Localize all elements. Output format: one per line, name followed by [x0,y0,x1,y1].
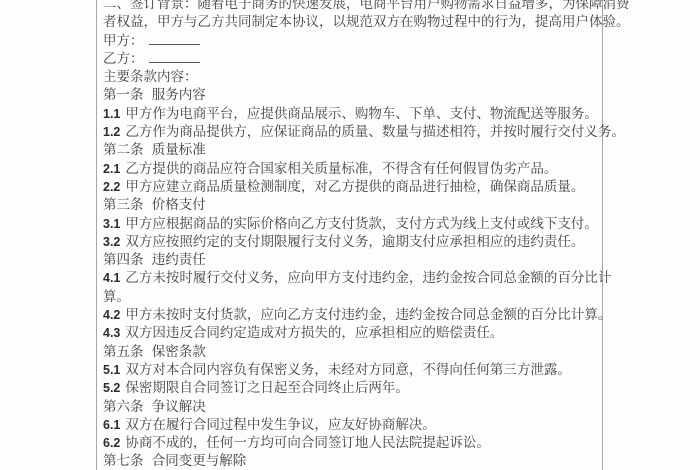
clause-item-1-2: 1.2乙方作为商品提供方，应保证商品的质量、数量与描述相符，并按时履行交付义务。 [103,123,600,141]
scanned-contract-page: 二、签订背景：随着电子商务的快速发展，电商平台用户购物需求日益增多，为保障消费 … [0,0,700,470]
clause-item-5-2: 5.2保密期限自合同签订之日起至合同终止后两年。 [103,379,600,397]
party-a-line: 甲方： [103,32,600,50]
party-a-blank-underline [149,33,200,45]
clause-item-number: 4.2 [103,308,120,322]
clause-item-4-3: 4.3双方因违反合同约定造成对方损失的，应承担相应的赔偿责任。 [103,324,600,342]
clause-item-text: 乙方提供的商品应符合国家相关质量标准，不得含有任何假冒伪劣产品。 [125,161,557,177]
clause-item-6-1: 6.1双方在履行合同过程中发生争议，应友好协商解决。 [103,416,600,434]
clause-heading-2: 第二条 质量标准 [103,141,600,159]
clause-item-text: 甲方应建立商品质量检测制度，对乙方提供的商品进行抽检，确保商品质量。 [125,179,584,195]
clause-item-number: 5.2 [103,381,120,395]
clause-item-text: 双方在履行合同过程中发生争议，应友好协商解决。 [125,417,436,433]
clause-item-text: 保密期限自合同签订之日起至合同终止后两年。 [125,380,409,396]
clause-item-number: 4.3 [103,326,120,340]
clause-heading-7: 第七条 合同变更与解除 [103,452,600,470]
clause-item-6-2: 6.2协商不成的，任何一方均可向合同签订地人民法院提起诉讼。 [103,434,600,452]
clause-item-text: 双方应按照约定的支付期限履行支付义务，逾期支付应承担相应的违约责任。 [125,234,584,250]
clause-item-text: 乙方未按时履行交付义务，应向甲方支付违约金，违约金按合同总金额的百分比计 [125,270,611,286]
clause-item-number: 3.1 [103,217,120,231]
clause-item-4-1: 4.1乙方未按时履行交付义务，应向甲方支付违约金，违约金按合同总金额的百分比计 [103,269,600,287]
clause-item-1-1: 1.1甲方作为电商平台，应提供商品展示、购物车、下单、支付、物流配送等服务。 [103,105,600,123]
clause-item-text: 双方因违反合同约定造成对方损失的，应承担相应的赔偿责任。 [125,325,503,341]
clause-item-3-2: 3.2双方应按照约定的支付期限履行支付义务，逾期支付应承担相应的违约责任。 [103,233,600,251]
main-terms-heading: 主要条款内容： [103,68,600,86]
right-margin-rule [602,0,603,470]
clause-item-number: 1.1 [103,107,120,121]
clause-item-text: 双方对本合同内容负有保密义务，未经对方同意，不得向任何第三方泄露。 [125,362,571,378]
clause-item-number: 6.1 [103,418,120,432]
clause-heading-5: 第五条 保密条款 [103,343,600,361]
clause-item-number: 2.1 [103,162,120,176]
clause-heading-1: 第一条 服务内容 [103,86,600,104]
clause-item-number: 5.1 [103,363,120,377]
clause-item-4-2: 4.2甲方未按时支付货款，应向乙方支付违约金，违约金按合同总金额的百分比计算。 [103,306,600,324]
party-a-label: 甲方： [103,33,144,49]
clause-heading-4: 第四条 违约责任 [103,251,600,269]
clause-item-text: 甲方未按时支付货款，应向乙方支付违约金，违约金按合同总金额的百分比计算。 [125,307,611,323]
clause-item-text: 甲方应根据商品的实际价格向乙方支付货款，支付方式为线上支付或线下支付。 [125,216,598,232]
clause-item-text: 甲方作为电商平台，应提供商品展示、购物车、下单、支付、物流配送等服务。 [125,106,598,122]
clause-item-5-1: 5.1双方对本合同内容负有保密义务，未经对方同意，不得向任何第三方泄露。 [103,361,600,379]
left-margin-rule [96,0,97,470]
clause-item-number: 4.1 [103,271,120,285]
clause-heading-3: 第三条 价格支付 [103,196,600,214]
clause-item-number: 6.2 [103,436,120,450]
clause-item-text: 乙方作为商品提供方，应保证商品的质量、数量与描述相符，并按时履行交付义务。 [125,124,625,140]
clause-item-2-2: 2.2甲方应建立商品质量检测制度，对乙方提供的商品进行抽检，确保商品质量。 [103,178,600,196]
clause-item-number: 2.2 [103,180,120,194]
party-b-blank-underline [149,51,200,63]
clause-heading-6: 第六条 争议解决 [103,398,600,416]
contract-text-column: 二、签订背景：随着电子商务的快速发展，电商平台用户购物需求日益增多，为保障消费 … [103,0,600,470]
clause-item-text: 协商不成的，任何一方均可向合同签订地人民法院提起诉讼。 [125,435,490,451]
clause-item-3-1: 3.1甲方应根据商品的实际价格向乙方支付货款，支付方式为线上支付或线下支付。 [103,215,600,233]
party-b-label: 乙方： [103,51,144,67]
clause-item-number: 3.2 [103,235,120,249]
party-b-line: 乙方： [103,50,600,68]
clause-item-4-1-continuation: 算。 [103,288,600,306]
clause-item-number: 1.2 [103,125,120,139]
contract-intro-line: 者权益，甲方与乙方共同制定本协议，以规范双方在购物过程中的行为，提高用户体验。 [103,13,600,31]
clause-item-2-1: 2.1乙方提供的商品应符合国家相关质量标准，不得含有任何假冒伪劣产品。 [103,160,600,178]
contract-intro-line: 二、签订背景：随着电子商务的快速发展，电商平台用户购物需求日益增多，为保障消费 [103,0,600,13]
